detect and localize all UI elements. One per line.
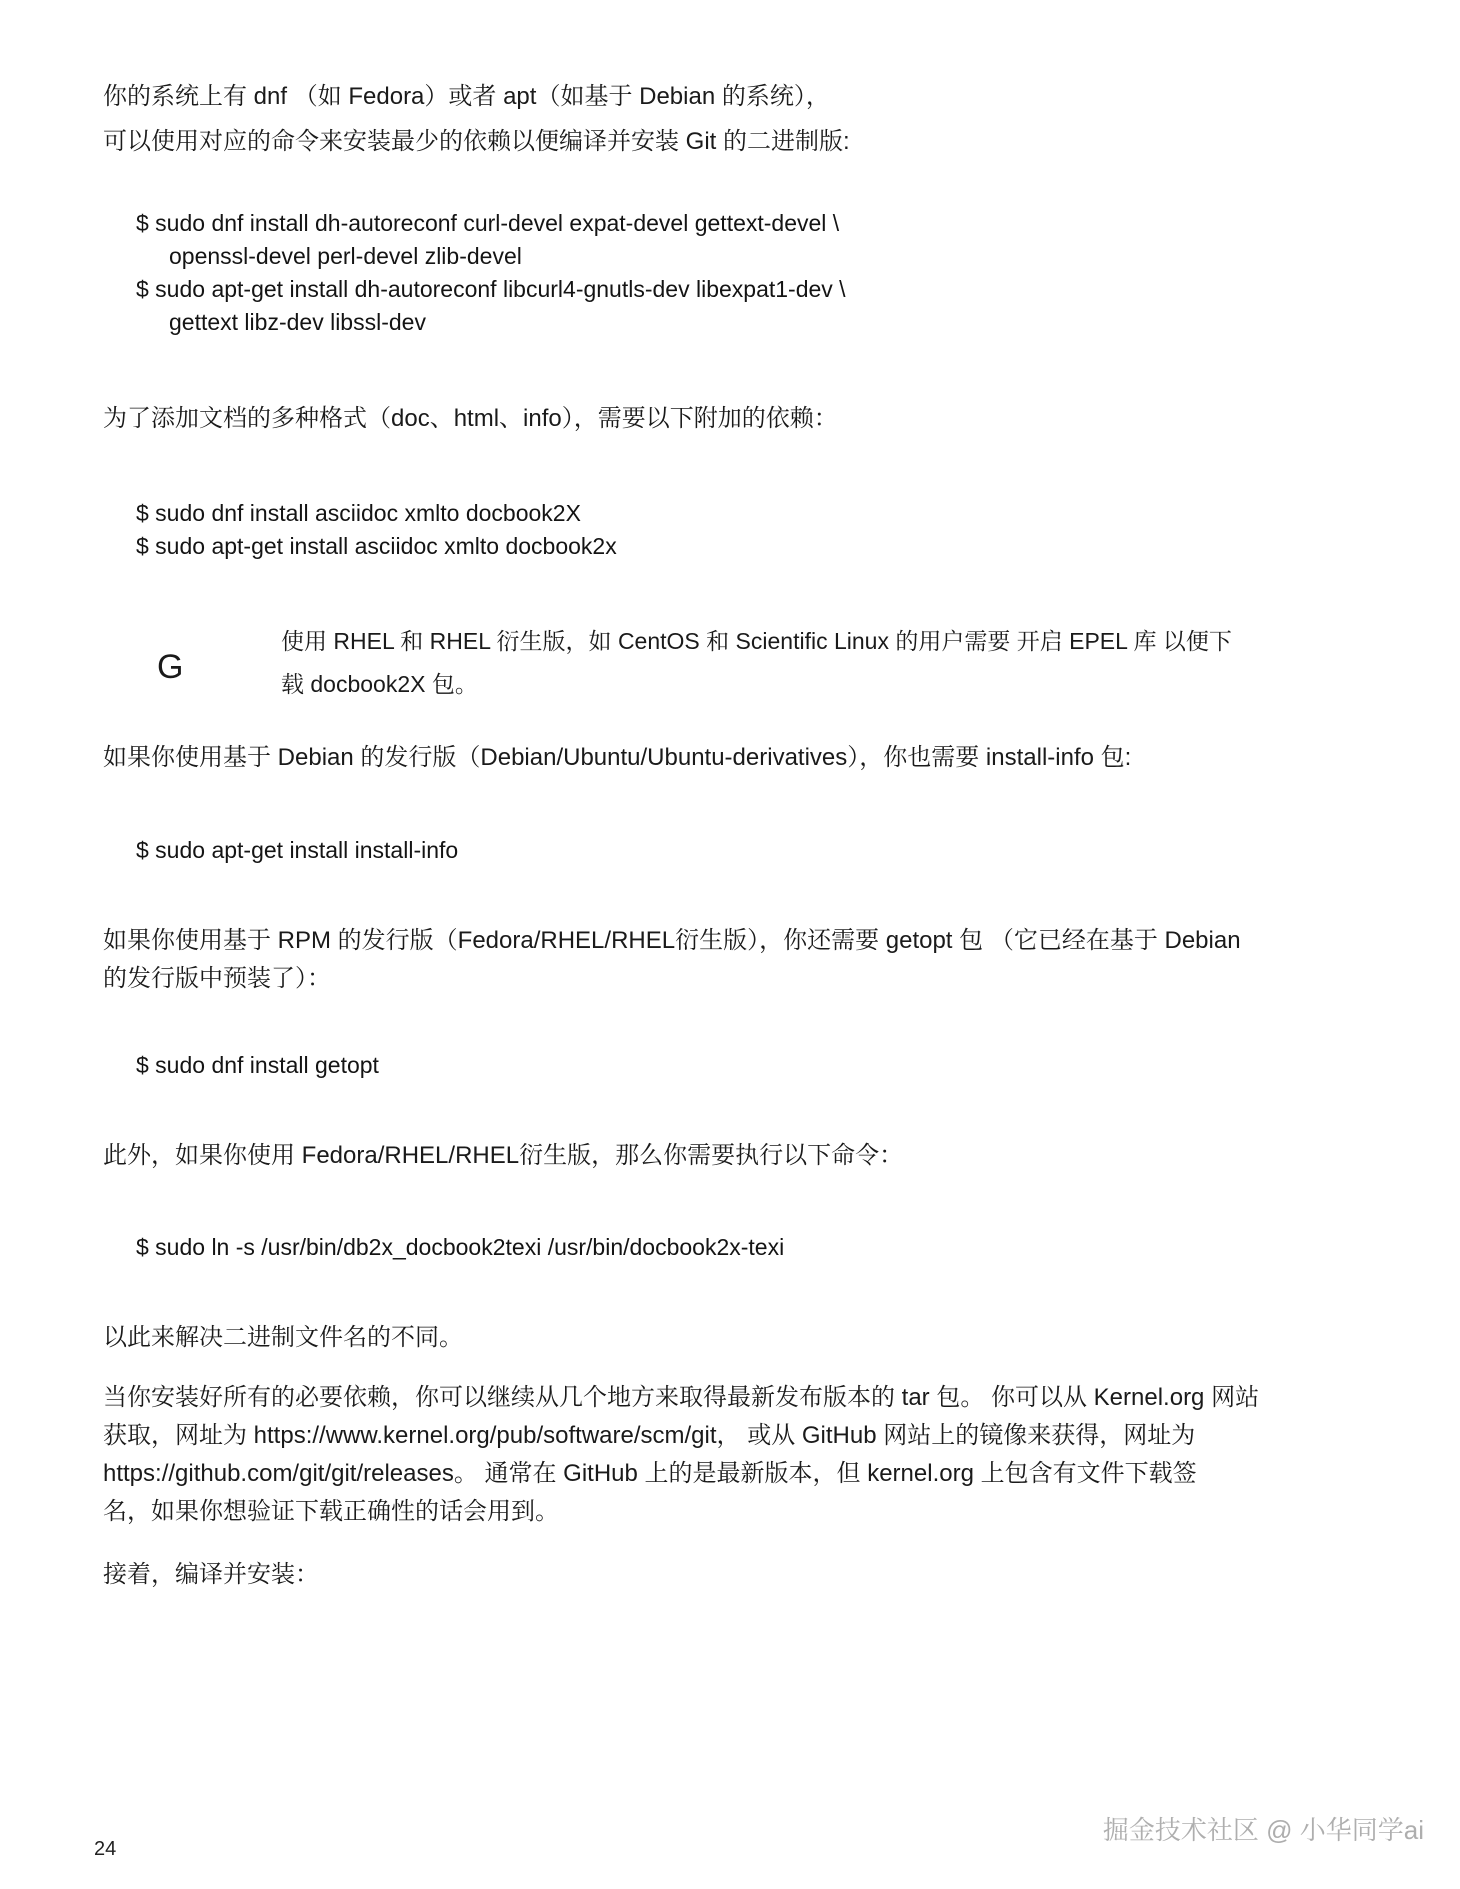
debian-install-info-paragraph: 如果你使用基于 Debian 的发行版（Debian/Ubuntu/Ubuntu… [103,735,1131,780]
code-block-doc-deps: $ sudo dnf install asciidoc xmlto docboo… [136,497,617,563]
paragraph-line: 的发行版中预装了）： [103,960,1241,998]
code-block-symlink: $ sudo ln -s /usr/bin/db2x_docbook2texi … [136,1231,784,1264]
binary-name-paragraph: 以此来解决二进制文件名的不同。 [103,1315,463,1360]
code-line: $ sudo apt-get install install-info [136,834,458,867]
code-line: $ sudo apt-get install asciidoc xmlto do… [136,530,617,563]
paragraph-line: 为了添加文档的多种格式（doc、html、info），需要以下附加的依赖： [103,396,838,441]
code-block-getopt: $ sudo dnf install getopt [136,1049,379,1082]
code-line: $ sudo apt-get install dh-autoreconf lib… [136,273,846,306]
code-line: $ sudo dnf install asciidoc xmlto docboo… [136,497,617,530]
fedora-symlink-paragraph: 此外，如果你使用 Fedora/RHEL/RHEL衍生版，那么你需要执行以下命令… [103,1133,903,1178]
paragraph-line: https://github.com/git/git/releases。 通常在… [103,1455,1259,1493]
rpm-getopt-paragraph: 如果你使用基于 RPM 的发行版（Fedora/RHEL/RHEL衍生版），你还… [103,922,1241,998]
paragraph-line: 以此来解决二进制文件名的不同。 [103,1315,463,1360]
document-page: 你的系统上有 dnf （如 Fedora）或者 apt（如基于 Debian 的… [0,0,1460,1889]
compile-install-paragraph: 接着，编译并安装： [103,1552,319,1597]
code-line: $ sudo dnf install dh-autoreconf curl-de… [136,207,846,240]
page-number: 24 [94,1838,116,1861]
code-line: openssl-devel perl-devel zlib-devel [136,240,846,273]
code-block-min-deps: $ sudo dnf install dh-autoreconf curl-de… [136,207,846,339]
note-text: 使用 RHEL 和 RHEL 衍生版，如 CentOS 和 Scientific… [281,620,1232,706]
docs-formats-paragraph: 为了添加文档的多种格式（doc、html、info），需要以下附加的依赖： [103,396,838,441]
paragraph-line: 如果你使用基于 RPM 的发行版（Fedora/RHEL/RHEL衍生版），你还… [103,922,1241,960]
code-block-install-info: $ sudo apt-get install install-info [136,834,458,867]
paragraph-line: 接着，编译并安装： [103,1552,319,1597]
note-line: 载 docbook2X 包。 [281,663,1232,706]
code-line: $ sudo ln -s /usr/bin/db2x_docbook2texi … [136,1231,784,1264]
paragraph-line: 你的系统上有 dnf （如 Fedora）或者 apt（如基于 Debian 的… [103,74,850,119]
paragraph-line: 如果你使用基于 Debian 的发行版（Debian/Ubuntu/Ubuntu… [103,735,1131,780]
note-icon: G [157,648,183,687]
tarball-paragraph: 当你安装好所有的必要依赖，你可以继续从几个地方来取得最新发布版本的 tar 包。… [103,1379,1259,1531]
paragraph-line: 可以使用对应的命令来安装最少的依赖以便编译并安装 Git 的二进制版: [103,119,850,164]
code-line: $ sudo dnf install getopt [136,1049,379,1082]
intro-paragraph: 你的系统上有 dnf （如 Fedora）或者 apt（如基于 Debian 的… [103,74,850,164]
paragraph-line: 名，如果你想验证下载正确性的话会用到。 [103,1493,1259,1531]
code-line: gettext libz-dev libssl-dev [136,306,846,339]
paragraph-line: 当你安装好所有的必要依赖，你可以继续从几个地方来取得最新发布版本的 tar 包。… [103,1379,1259,1417]
paragraph-line: 获取，网址为 https://www.kernel.org/pub/softwa… [103,1417,1259,1455]
note-line: 使用 RHEL 和 RHEL 衍生版，如 CentOS 和 Scientific… [281,620,1232,663]
paragraph-line: 此外，如果你使用 Fedora/RHEL/RHEL衍生版，那么你需要执行以下命令… [103,1133,903,1178]
watermark: 掘金技术社区 @ 小华同学ai [1103,1810,1424,1847]
